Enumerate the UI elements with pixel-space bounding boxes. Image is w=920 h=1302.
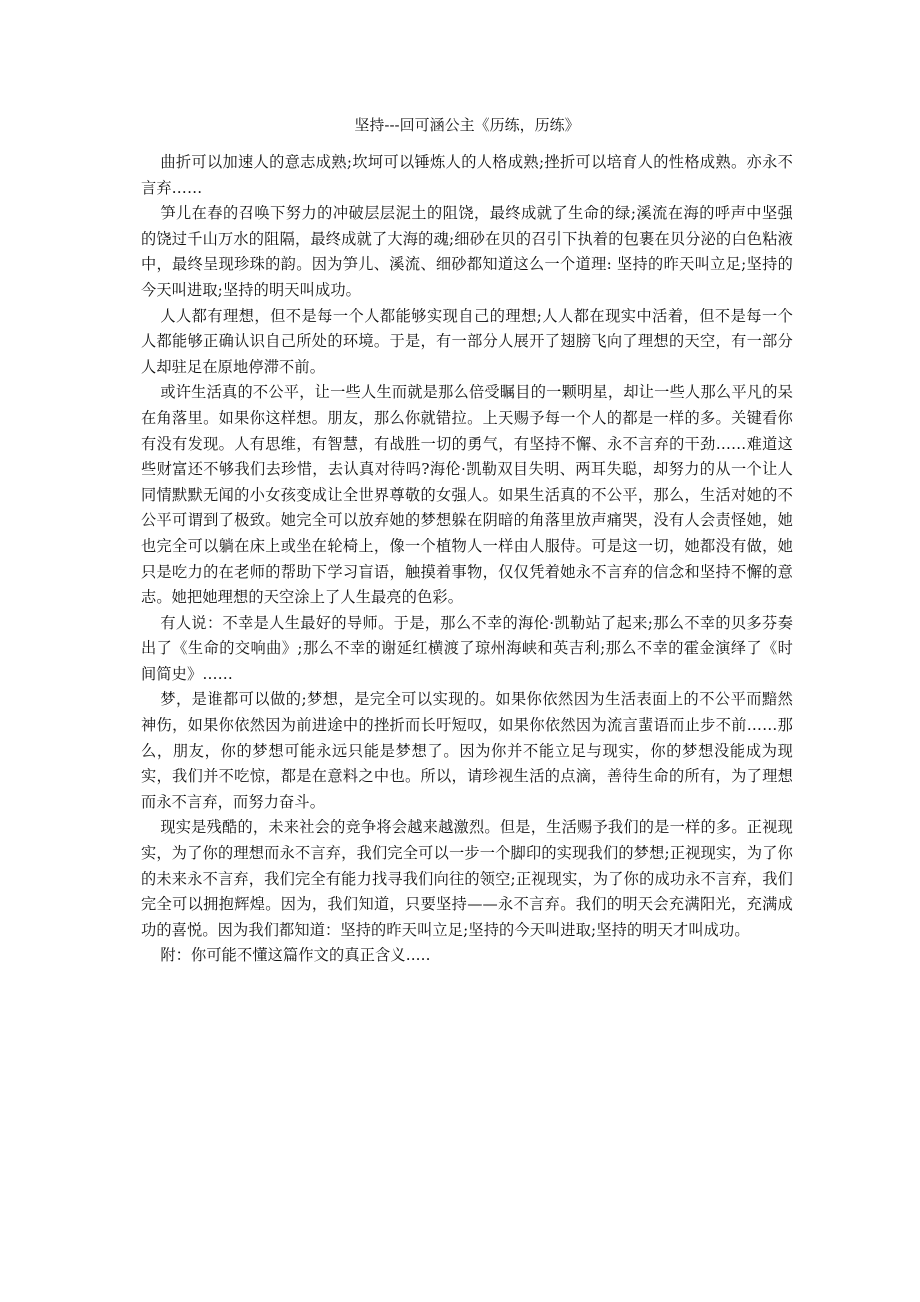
paragraph-2: 笋儿在春的召唤下努力的冲破层层泥土的阻饶，最终成就了生命的绿;溪流在海的呼声中坚… [141,201,793,303]
paragraph-7: 现实是残酷的，未来社会的竞争将会越来越激烈。但是，生活赐予我们的是一样的多。正视… [141,815,793,943]
paragraph-1: 曲折可以加速人的意志成熟;坎坷可以锤炼人的人格成熟;挫折可以培育人的性格成熟。亦… [141,150,793,201]
paragraph-4: 或许生活真的不公平，让一些人生而就是那么倍受瞩目的一颗明星，却让一些人那么平凡的… [141,380,793,610]
closing-note: 附：你可能不懂这篇作文的真正含义..... [141,943,793,969]
document-page: 坚持---回可涵公主《历练，历练》 曲折可以加速人的意志成熟;坎坷可以锤炼人的人… [141,113,793,969]
document-body: 曲折可以加速人的意志成熟;坎坷可以锤炼人的人格成熟;挫折可以培育人的性格成熟。亦… [141,150,793,969]
document-title: 坚持---回可涵公主《历练，历练》 [141,113,793,138]
paragraph-6: 梦，是谁都可以做的;梦想，是完全可以实现的。如果你依然因为生活表面上的不公平而黯… [141,687,793,815]
paragraph-5: 有人说：不幸是人生最好的导师。于是，那么不幸的海伦·凯勒站了起来;那么不幸的贝多… [141,611,793,688]
paragraph-3: 人人都有理想，但不是每一个人都能够实现自己的理想;人人都在现实中活着，但不是每一… [141,304,793,381]
